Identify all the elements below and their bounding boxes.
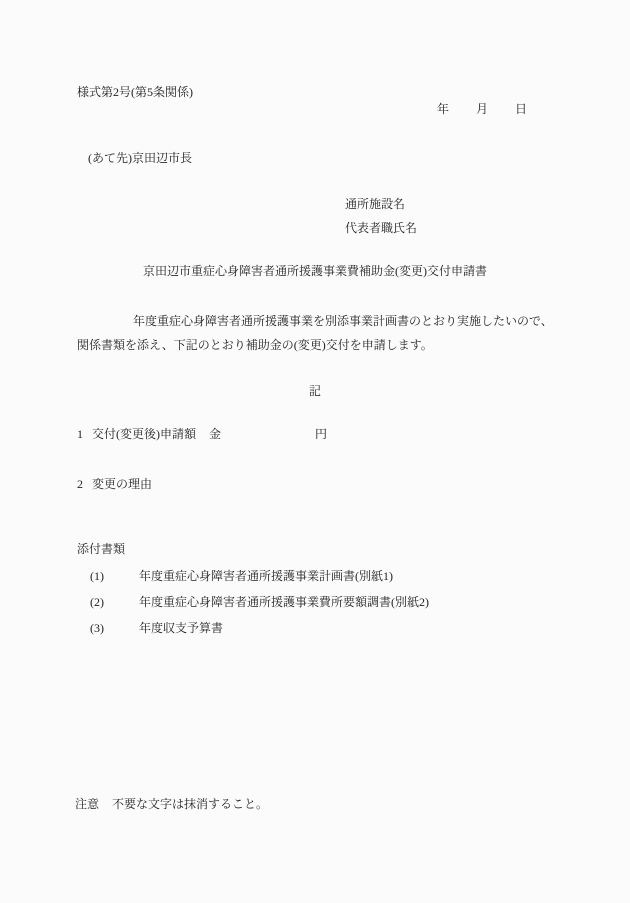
attachment-item: (2)年度重症心身障害者通所援護事業費所要額調書(別紙2): [90, 595, 429, 609]
item1-number: 1: [77, 427, 83, 441]
item2-label: 変更の理由: [92, 477, 152, 491]
date-day-label: 日: [515, 102, 527, 116]
note-text: 不要な文字は抹消すること。: [112, 797, 268, 811]
document-page: 様式第2号(第5条関係) 年 月 日 (あて先)京田辺市長 通所施設名 代表者職…: [0, 0, 630, 903]
item2-reason-line: 2 変更の理由: [77, 477, 152, 491]
date-month-label: 月: [476, 102, 488, 116]
attachment-3-number: (3): [90, 621, 139, 635]
item2-number: 2: [77, 477, 83, 491]
item1-currency-prefix: 金: [209, 427, 221, 441]
note-line: 注意不要な文字は抹消すること。: [75, 797, 268, 811]
date-year-label: 年: [437, 102, 449, 116]
item1-amount-line: 1 交付(変更後)申請額 金 円: [77, 427, 327, 441]
attachment-1-number: (1): [90, 569, 139, 583]
addressee: (あて先)京田辺市長: [88, 151, 192, 165]
attachment-item: (3)年度収支予算書: [90, 621, 223, 635]
attachment-1-text: 年度重症心身障害者通所援護事業計画書(別紙1): [139, 569, 393, 583]
attachment-3-text: 年度収支予算書: [139, 621, 223, 635]
facility-name-label: 通所施設名: [345, 197, 405, 211]
attachment-2-text: 年度重症心身障害者通所援護事業費所要額調書(別紙2): [139, 595, 429, 609]
attachment-item: (1)年度重症心身障害者通所援護事業計画書(別紙1): [90, 569, 393, 583]
item1-label: 交付(変更後)申請額: [92, 427, 196, 441]
note-label: 注意: [75, 797, 99, 811]
representative-name-label: 代表者職氏名: [345, 221, 417, 235]
body-paragraph-line1: 年度重症心身障害者通所援護事業を別添事業計画書のとおり実施したいので、: [133, 314, 553, 328]
attachment-2-number: (2): [90, 595, 139, 609]
body-paragraph-line2: 関係書類を添え、下記のとおり補助金の(変更)交付を申請します。: [77, 338, 433, 352]
date-line: 年 月 日: [437, 102, 527, 116]
document-title: 京田辺市重症心身障害者通所援護事業費補助金(変更)交付申請書: [0, 264, 630, 278]
item1-currency-suffix: 円: [315, 427, 327, 441]
form-number: 様式第2号(第5条関係): [77, 85, 193, 99]
record-heading: 記: [0, 384, 630, 398]
attachments-heading: 添付書類: [77, 542, 125, 556]
